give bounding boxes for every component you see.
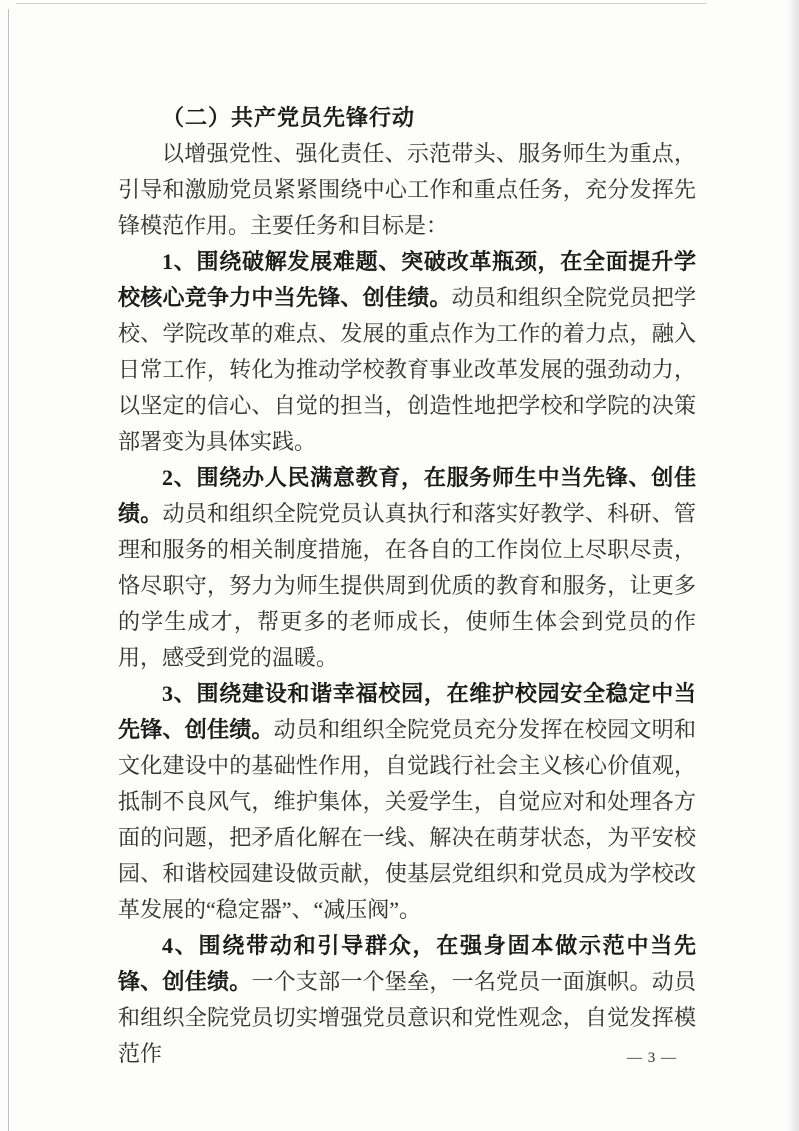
scan-artifact-top-edge [16, 3, 706, 4]
section-heading: （二）共产党员先锋行动 [118, 100, 696, 136]
task-item-2: 2、围绕办人民满意教育，在服务师生中当先锋、创佳绩。动员和组织全院党员认真执行和… [118, 460, 696, 676]
document-page: （二）共产党员先锋行动 以增强党性、强化责任、示范带头、服务师生为重点，引导和激… [0, 0, 799, 1131]
task-item-4: 4、围绕带动和引导群众，在强身固本做示范中当先锋、创佳绩。一个支部一个堡垒，一名… [118, 928, 696, 1072]
task-item-1-body: 动员和组织全院党员把学校、学院改革的难点、发展的重点作为工作的着力点，融入日常工… [118, 285, 696, 454]
scan-artifact-right-edge [787, 0, 799, 1131]
task-item-3: 3、围绕建设和谐幸福校园，在维护校园安全稳定中当先锋、创佳绩。动员和组织全院党员… [118, 676, 696, 928]
document-body: （二）共产党员先锋行动 以增强党性、强化责任、示范带头、服务师生为重点，引导和激… [118, 100, 696, 1072]
scan-artifact-left-edge [8, 9, 9, 1131]
task-item-3-body: 动员和组织全院党员充分发挥在校园文明和文化建设中的基础性作用，自觉践行社会主义核… [118, 717, 696, 922]
task-item-2-body: 动员和组织全院党员认真执行和落实好教学、科研、管理和服务的相关制度措施，在各自的… [118, 501, 696, 670]
intro-paragraph: 以增强党性、强化责任、示范带头、服务师生为重点，引导和激励党员紧紧围绕中心工作和… [118, 136, 696, 244]
task-item-1: 1、围绕破解发展难题、突破改革瓶颈，在全面提升学校核心竞争力中当先锋、创佳绩。动… [118, 244, 696, 460]
page-number: — 3 — [616, 1050, 688, 1067]
